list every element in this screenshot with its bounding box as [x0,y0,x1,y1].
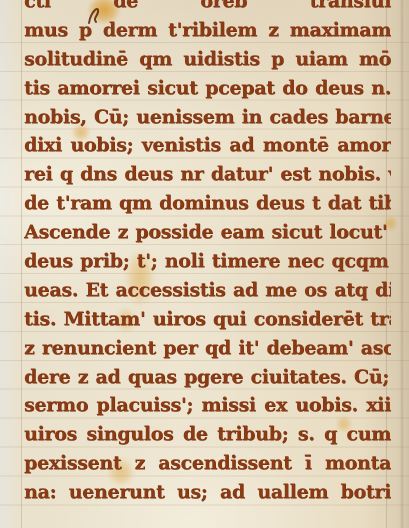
manuscript-text-line: de t'ram qm dominus deus t dat tibi; [24,189,391,218]
manuscript-text-line: dixi uobis; venistis ad montē amor [24,131,391,160]
manuscript-text-line: z renuncient per qd it' debeam' ascen [24,334,391,363]
manuscript-text-line: uiros singulos de tribub; s. q cum [24,420,391,449]
manuscript-text-line: dere z ad quas pgere ciuitates. Cū; mī [24,363,391,392]
manuscript-text-line-cropped: cti de oreb transiui [24,0,391,16]
text-block: cti de oreb transiui mus p derm t'ribile… [24,0,391,507]
manuscript-text-line: solitudinē qm uidistis p uiam mō [24,45,391,74]
manuscript-text-line: ueas. Et accessistis ad me os atq dixis [24,276,391,305]
manuscript-text-line: tis. Mittam' uiros qui considerēt trā [24,305,391,334]
manuscript-text-line: pexissent z ascendissent ī monta [24,449,391,478]
manuscript-text-line: rei q dns deus nr datur' est nobis. vi [24,160,391,189]
manuscript-page: cti de oreb transiui mus p derm t'ribile… [0,0,409,528]
manuscript-text-line: mus p derm t'ribilem z maximam [24,16,391,45]
manuscript-text-line: deus prib; t'; noli timere nec qcqm pa [24,247,391,276]
manuscript-text-line: tis amorrei sicut pcepat do deus n. [24,74,391,103]
manuscript-text-line: Ascende z posside eam sicut locut' ē do [24,218,391,247]
parchment-crease [400,0,404,528]
manuscript-text-line: na: uenerunt us; ad uallem botri [24,478,391,507]
manuscript-text-line: nobis, Cū; uenissem in cades barne [24,103,391,132]
manuscript-text-line: sermo placuiss'; missi ex uobis. xii [24,391,391,420]
ruling-line-vertical-left [21,0,22,528]
